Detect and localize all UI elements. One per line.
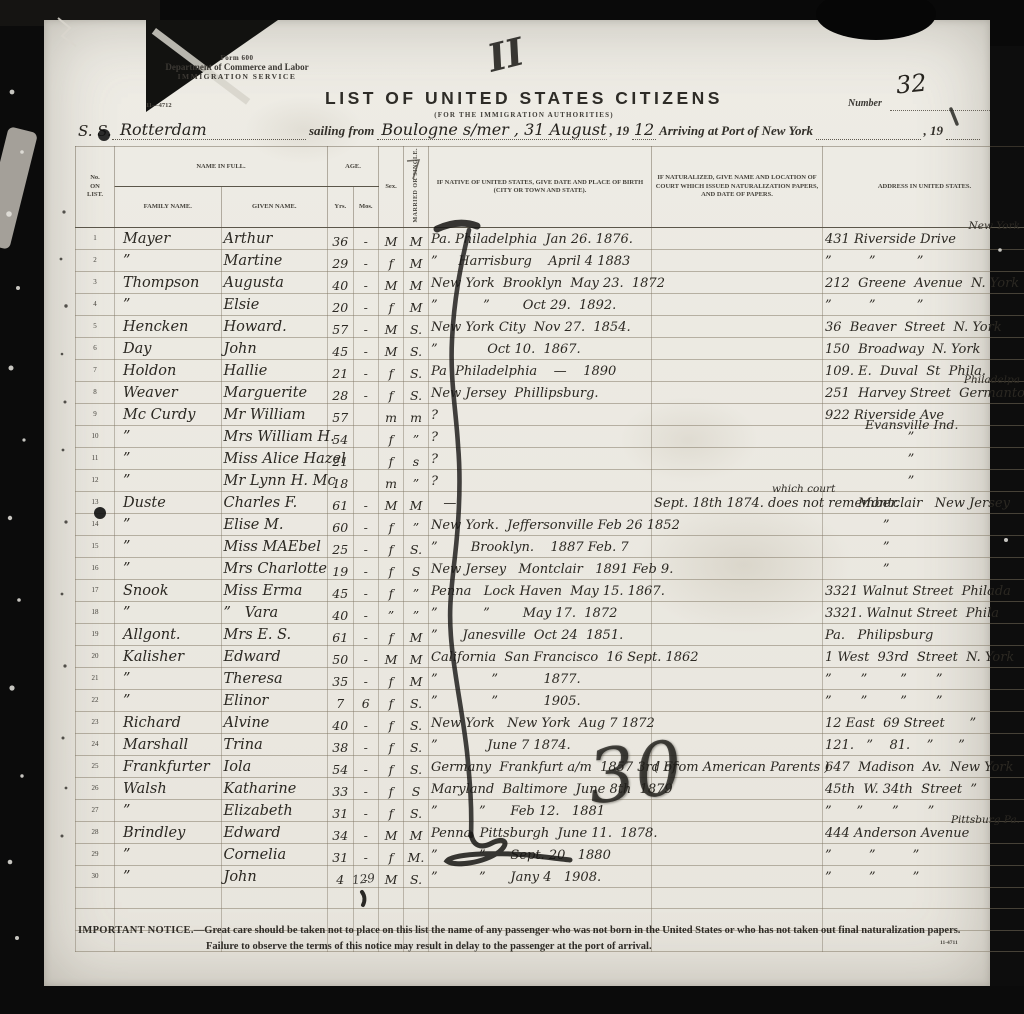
cell-line-number: 1 [76, 227, 115, 249]
cell-age-years: 19 [328, 557, 354, 579]
cell-married-single: ” [404, 425, 429, 447]
cell-naturalization [652, 293, 823, 315]
cell-given-name: Mrs William H. [221, 425, 328, 447]
cell-sex: f [379, 799, 404, 821]
cell-line-number: 8 [76, 381, 115, 403]
table-row: 27 ” Elizabeth 31 - f S. ” ” Feb 12. 188… [76, 799, 1024, 821]
cell-age-years: 45 [328, 337, 354, 359]
cell-married-single: M [404, 249, 429, 271]
cell-sex: f [379, 733, 404, 755]
table-row: 4 ” Elsie 20 - f M ” ” Oct 29. 1892. ” ”… [76, 293, 1024, 315]
cell-age-months: - [353, 557, 379, 579]
cell-sex: f [379, 777, 404, 799]
header-months: Mos. [353, 187, 379, 227]
cell-birth: New York. Jeffersonville Feb 26 1852 [429, 513, 652, 535]
cell-given-name: John [221, 337, 328, 359]
cell-sex: f [379, 579, 404, 601]
ship-header-line: S. S. Rotterdam sailing from Boulogne s/… [78, 120, 980, 140]
cell-naturalization [652, 425, 823, 447]
header-sex: Sex. [379, 147, 404, 228]
table-row: 21 ” Theresa 35 - f M ” ” 1877. ” ” ” ” [76, 667, 1024, 689]
cell-sex: m [379, 469, 404, 491]
cell-family-name: ” [115, 535, 222, 557]
cell-given-name: Mrs E. S. [221, 623, 328, 645]
cell-married-single: S. [404, 359, 429, 381]
cell-address: ” [823, 557, 1024, 579]
cell-sex: f [379, 359, 404, 381]
table-row: 2 ” Martine 29 - f M ” Harrisburg April … [76, 249, 1024, 271]
cell-given-name: Alvine [221, 711, 328, 733]
cell-given-name: Elsie [221, 293, 328, 315]
cell-given-name: Elizabeth [221, 799, 328, 821]
cell-line-number: 24 [76, 733, 115, 755]
cell-family-name: Weaver [115, 381, 222, 403]
cell-birth: ” Oct 10. 1867. [429, 337, 652, 359]
header-age: AGE. [328, 147, 379, 187]
cell-naturalization [652, 645, 823, 667]
cell-line-number: 12 [76, 469, 115, 491]
cell-age-months: - [353, 755, 379, 777]
table-row: 15 ” Miss MAEbel 25 - f S. ” Brooklyn. 1… [76, 535, 1024, 557]
cell-line-number: 2 [76, 249, 115, 271]
cell-age-years: 18 [328, 469, 354, 491]
cell-given-name: Elise M. [221, 513, 328, 535]
cell-line-number: 23 [76, 711, 115, 733]
ss-label: S. S. [78, 122, 112, 140]
number-dotted-line [890, 110, 990, 111]
passenger-table: No. ON LIST. NAME IN FULL. AGE. Sex. MAR… [75, 146, 1024, 952]
table-row: 3 Thompson Augusta 40 - M M New York Bro… [76, 271, 1024, 293]
header-family-name: FAMILY NAME. [115, 187, 222, 227]
cell-given-name [221, 887, 328, 908]
cell-age-years: 35 [328, 667, 354, 689]
cell-given-name: Elinor [221, 689, 328, 711]
table-row: 29 ” Cornelia 31 - f M. ” ” Sept. 20 188… [76, 843, 1024, 865]
cell-family-name: ” [115, 843, 222, 865]
cell-given-name: Marguerite [221, 381, 328, 403]
cell-naturalization [652, 887, 823, 908]
cell-age-years: 7 [328, 689, 354, 711]
cell-age-months: - [353, 601, 379, 623]
cell-age-years: 60 [328, 513, 354, 535]
cell-given-name: Trina [221, 733, 328, 755]
cell-married-single: S. [404, 689, 429, 711]
table-row: 10 ” Mrs William H. 54 f ” ? ” [76, 425, 1024, 447]
table-row: 7 Holdon Hallie 21 - f S. Pa Philadelphi… [76, 359, 1024, 381]
cell-sex: f [379, 557, 404, 579]
cell-line-number: 21 [76, 667, 115, 689]
cell-given-name: Charles F. [221, 491, 328, 513]
sailing-year-value: 12 [632, 120, 656, 140]
cell-address: 150 Broadway N. York [823, 337, 1024, 359]
cell-given-name: Theresa [221, 667, 328, 689]
cell-given-name: Howard. [221, 315, 328, 337]
cell-married-single: S [404, 777, 429, 799]
cell-family-name: ” [115, 601, 222, 623]
cell-age-years: 21 [328, 359, 354, 381]
ship-name: Rotterdam [112, 120, 306, 140]
cell-naturalization [652, 821, 823, 843]
cell-sex: M [379, 645, 404, 667]
cell-married-single: S. [404, 337, 429, 359]
cell-naturalization [652, 579, 823, 601]
cell-age-months: - [353, 821, 379, 843]
cell-family-name: ” [115, 865, 222, 887]
cell-address: Pittsburg Pa.444 Anderson Avenue [823, 821, 1024, 843]
cell-address: ” ” ” ” [823, 689, 1024, 711]
cell-family-name: ” [115, 557, 222, 579]
cell-address: ” [823, 425, 1024, 447]
cell-line-number: 16 [76, 557, 115, 579]
cell-line-number: 13 [76, 491, 115, 513]
cell-family-name: ” [115, 689, 222, 711]
cell-married-single: ” [404, 469, 429, 491]
cell-sex: m [379, 403, 404, 425]
cell-birth: Pa. Philadelphia Jan 26. 1876. [429, 227, 652, 249]
cell-age-months: - [353, 359, 379, 381]
cell-married-single: M [404, 293, 429, 315]
cell-address: 3321. Walnut Street Phila [823, 601, 1024, 623]
cell-married-single: ” [404, 513, 429, 535]
cell-address: New York431 Riverside Drive [823, 227, 1024, 249]
cell-age-years: 4 [328, 865, 354, 887]
sheet-number-value: 32 [895, 68, 928, 99]
cell-line-number: 9 [76, 403, 115, 425]
cell-given-name: Mr William [221, 403, 328, 425]
cell-age-years: 20 [328, 293, 354, 315]
cell-birth: ? [429, 447, 652, 469]
cell-address: ” ” ” [823, 293, 1024, 315]
cell-given-name: Miss MAEbel [221, 535, 328, 557]
cell-family-name: Kalisher [115, 645, 222, 667]
cell-given-name: ” Vara [221, 601, 328, 623]
cell-family-name: ” [115, 425, 222, 447]
table-row: 6 Day John 45 - M S. ” Oct 10. 1867. 150… [76, 337, 1024, 359]
page-subtitle: (FOR THE IMMIGRATION AUTHORITIES) [279, 111, 769, 119]
cell-married-single: M [404, 645, 429, 667]
header-address: ADDRESS IN UNITED STATES. [823, 147, 1024, 228]
manifest-page: Form 600 Department of Commerce and Labo… [44, 20, 990, 986]
cell-family-name: ” [115, 799, 222, 821]
cell-birth: ” ” Sept. 20 1880 [429, 843, 652, 865]
cell-birth: ” ” May 17. 1872 [429, 601, 652, 623]
table-row: 13 Duste Charles F. 61 - M M — which cou… [76, 491, 1024, 513]
notice-line1: —Great care should be taken not to place… [194, 925, 961, 936]
cell-age-years: 38 [328, 733, 354, 755]
cell-given-name: Edward [221, 645, 328, 667]
cell-age-years: 54 [328, 755, 354, 777]
document-title-block: LIST OF UNITED STATES CITIZENS (FOR THE … [279, 88, 769, 119]
cell-sex: M [379, 337, 404, 359]
notice-label: IMPORTANT NOTICE. [78, 925, 194, 936]
cell-family-name: Holdon [115, 359, 222, 381]
cell-address: Pa. Philipsburg [823, 623, 1024, 645]
cell-married-single: S [404, 557, 429, 579]
cell-age-months: - [353, 315, 379, 337]
cell-address: ” ” ” ” [823, 667, 1024, 689]
number-label: Number [848, 98, 882, 109]
cell-age-months: - [353, 623, 379, 645]
cell-line-number: 30 [76, 865, 115, 887]
cell-given-name: Mrs Charlotte [221, 557, 328, 579]
cell-family-name: ” [115, 513, 222, 535]
cell-address: ” [823, 469, 1024, 491]
cell-sex: f [379, 447, 404, 469]
cell-married-single: M [404, 491, 429, 513]
arriving-year-printed: , 19 [921, 123, 947, 140]
cell-family-name: Marshall [115, 733, 222, 755]
cell-naturalization [652, 337, 823, 359]
page-title: LIST OF UNITED STATES CITIZENS [279, 88, 769, 109]
cell-sex: f [379, 689, 404, 711]
cell-age-months: - [353, 645, 379, 667]
table-row: 1 Mayer Arthur 36 - M M Pa. Philadelphia… [76, 227, 1024, 249]
cell-birth: New York Brooklyn May 23. 1872 [429, 271, 652, 293]
cell-birth: ” Harrisburg April 4 1883 [429, 249, 652, 271]
cell-line-number: 26 [76, 777, 115, 799]
cell-line-number: 29 [76, 843, 115, 865]
cell-given-name: Cornelia [221, 843, 328, 865]
cell-sex: M [379, 821, 404, 843]
cell-age-years: 61 [328, 491, 354, 513]
cell-birth: New Jersey Phillipsburg. [429, 381, 652, 403]
cell-birth: ” ” 1905. [429, 689, 652, 711]
header-line-number: No. ON LIST. [76, 147, 115, 228]
cell-naturalization [652, 447, 823, 469]
cell-sex: f [379, 293, 404, 315]
cell-age-years: 34 [328, 821, 354, 843]
cell-given-name: Edward [221, 821, 328, 843]
cell-age-years [328, 887, 354, 908]
cell-family-name: Snook [115, 579, 222, 601]
cell-naturalization [652, 249, 823, 271]
cell-age-months: - [353, 535, 379, 557]
cell-age-years: 45 [328, 579, 354, 601]
cell-age-months: - [353, 271, 379, 293]
cell-given-name: Iola [221, 755, 328, 777]
agency-block: Form 600 Department of Commerce and Labo… [72, 54, 402, 81]
cell-birth: — [429, 491, 652, 513]
cell-birth: ” ” 1877. [429, 667, 652, 689]
cell-married-single [404, 887, 429, 908]
cell-age-months: - [353, 337, 379, 359]
cell-line-number: 5 [76, 315, 115, 337]
form-number: Form 600 [72, 54, 402, 62]
table-row: 30 ” John 4 - M S. ” ” Jany 4 1908. ” ” … [76, 865, 1024, 887]
header-naturalization: IF NATURALIZED, GIVE NAME AND LOCATION O… [652, 147, 823, 228]
cell-age-years: 31 [328, 843, 354, 865]
cell-naturalization [652, 689, 823, 711]
table-row: 8 Weaver Marguerite 28 - f S. New Jersey… [76, 381, 1024, 403]
table-row: 23 Richard Alvine 40 - f S. New York New… [76, 711, 1024, 733]
cell-married-single: S. [404, 865, 429, 887]
cell-family-name: Allgont. [115, 623, 222, 645]
film-edge-bottom [0, 986, 1024, 1014]
cell-sex: ” [379, 601, 404, 623]
cell-sex: M [379, 491, 404, 513]
cell-family-name: Day [115, 337, 222, 359]
cell-line-number: 4 [76, 293, 115, 315]
table-row: 11 ” Miss Alice Hazel 21 f s ? ” [76, 447, 1024, 469]
table-row: 28 Brindley Edward 34 - M M Penna Pittsb… [76, 821, 1024, 843]
cell-age-years: 61 [328, 623, 354, 645]
count-mark-30: 30 [583, 725, 687, 822]
table-row [76, 887, 1024, 908]
cell-age-years: 40 [328, 271, 354, 293]
cell-naturalization [652, 535, 823, 557]
cell-given-name: Martine [221, 249, 328, 271]
notice-line2: Failure to observe the terms of this not… [206, 939, 983, 955]
cell-birth: ” ” Jany 4 1908. [429, 865, 652, 887]
cell-birth: ” Janesville Oct 24 1851. [429, 623, 652, 645]
cell-age-years: 40 [328, 711, 354, 733]
cell-family-name: Thompson [115, 271, 222, 293]
table-row: 16 ” Mrs Charlotte 19 - f S New Jersey M… [76, 557, 1024, 579]
cell-naturalization [652, 271, 823, 293]
tally-mark-129: 129 [351, 871, 375, 887]
cell-age-months [353, 425, 379, 447]
cell-line-number: 14 [76, 513, 115, 535]
table-row: 12 ” Mr Lynn H. Mc 18 m ” ? ” [76, 469, 1024, 491]
scanned-manifest: Form 600 Department of Commerce and Labo… [0, 0, 1024, 1014]
manifest-body: 1 Mayer Arthur 36 - M M Pa. Philadelphia… [76, 227, 1024, 951]
cell-birth: ” ” Oct 29. 1892. [429, 293, 652, 315]
cell-line-number: 17 [76, 579, 115, 601]
header-married-single: MARRIED OR SINGLE. [404, 147, 429, 228]
cell-age-months: - [353, 777, 379, 799]
cell-address: Montclair New Jersey [823, 491, 1024, 513]
cell-age-months: - [353, 491, 379, 513]
cell-age-months [353, 887, 379, 908]
cell-age-years: 29 [328, 249, 354, 271]
cell-address: 12 East 69 Street ” [823, 711, 1024, 733]
cell-married-single: M [404, 227, 429, 249]
cell-family-name [115, 887, 222, 908]
cell-birth: ? [429, 403, 652, 425]
cell-naturalization [652, 843, 823, 865]
cell-birth: ? [429, 469, 652, 491]
cell-age-years: 28 [328, 381, 354, 403]
cell-age-years: 31 [328, 799, 354, 821]
cell-birth: New Jersey Montclair 1891 Feb 9. [429, 557, 652, 579]
cell-age-months: - [353, 711, 379, 733]
cell-line-number: 15 [76, 535, 115, 557]
cell-age-months: - [353, 227, 379, 249]
cell-married-single: S. [404, 535, 429, 557]
sailing-year-printed: , 19 [607, 123, 633, 140]
cell-married-single: S. [404, 755, 429, 777]
scan-blob [816, 0, 936, 40]
cell-sex: f [379, 843, 404, 865]
cell-address: 647 Madison Av. New York [823, 755, 1024, 777]
cell-birth: Penna Lock Haven May 15. 1867. [429, 579, 652, 601]
cell-given-name: Augusta [221, 271, 328, 293]
cell-age-years: 50 [328, 645, 354, 667]
cell-family-name: Walsh [115, 777, 222, 799]
header-birth: IF NATIVE OF UNITED STATES, GIVE DATE AN… [429, 147, 652, 228]
agency-name: Department of Commerce and Labor [72, 62, 402, 72]
cell-address: Philadelpa251 Harvey Street Germantown [823, 381, 1024, 403]
cell-given-name: Mr Lynn H. Mc [221, 469, 328, 491]
cell-married-single: ” [404, 579, 429, 601]
cell-sex: M [379, 227, 404, 249]
important-notice: IMPORTANT NOTICE.—Great care should be t… [78, 923, 983, 956]
table-header: No. ON LIST. NAME IN FULL. AGE. Sex. MAR… [76, 147, 1024, 228]
cell-naturalization [652, 359, 823, 381]
cell-family-name: ” [115, 469, 222, 491]
cell-family-name: Richard [115, 711, 222, 733]
cell-married-single: M. [404, 843, 429, 865]
cell-married-single: ” [404, 601, 429, 623]
cell-age-months: - [353, 579, 379, 601]
header-years: Yrs. [328, 187, 354, 227]
table-row: 26 Walsh Katharine 33 - f S Maryland Bal… [76, 777, 1024, 799]
cell-family-name: Duste [115, 491, 222, 513]
table-row: 17 Snook Miss Erma 45 - f ” Penna Lock H… [76, 579, 1024, 601]
cell-line-number: 28 [76, 821, 115, 843]
cell-line-number: 6 [76, 337, 115, 359]
cell-birth: California San Francisco 16 Sept. 1862 [429, 645, 652, 667]
header-name-in-full: NAME IN FULL. [115, 147, 328, 187]
cell-age-months: - [353, 513, 379, 535]
cell-married-single: M [404, 667, 429, 689]
cell-given-name: Miss Erma [221, 579, 328, 601]
cell-address: ” ” ” [823, 843, 1024, 865]
cell-age-months: - [353, 293, 379, 315]
cell-line-number: 3 [76, 271, 115, 293]
cell-age-months: 6 [353, 689, 379, 711]
cell-naturalization [652, 623, 823, 645]
cell-married-single: s [404, 447, 429, 469]
cell-address: ” [823, 535, 1024, 557]
cell-address: 1 West 93rd Street N. York [823, 645, 1024, 667]
cell-birth [429, 887, 652, 908]
cell-birth: ” Brooklyn. 1887 Feb. 7 [429, 535, 652, 557]
table-row: 20 Kalisher Edward 50 - M M California S… [76, 645, 1024, 667]
cell-married-single: S. [404, 733, 429, 755]
cell-line-number: 20 [76, 645, 115, 667]
cell-married-single: S. [404, 799, 429, 821]
cell-naturalization: which courtSept. 18th 1874. does not rem… [652, 491, 823, 513]
cell-sex: M [379, 271, 404, 293]
table-row: 19 Allgont. Mrs E. S. 61 - f M ” Janesvi… [76, 623, 1024, 645]
table-row: 22 ” Elinor 7 6 f S. ” ” 1905. ” ” ” ” [76, 689, 1024, 711]
cell-married-single: S. [404, 315, 429, 337]
cell-age-years: 33 [328, 777, 354, 799]
cell-address: 212 Greene Avenue N. York [823, 271, 1024, 293]
sailing-port: Boulogne s/mer , 31 August [377, 120, 606, 140]
cell-address: ” [823, 513, 1024, 535]
cell-age-months [353, 469, 379, 491]
cell-birth: ? [429, 425, 652, 447]
form-edition-number: 11—4712 [146, 102, 172, 109]
cell-age-months: - [353, 381, 379, 403]
cell-birth: New York City Nov 27. 1854. [429, 315, 652, 337]
cell-address: 121. ” 81. ” ” [823, 733, 1024, 755]
arriving-dotted-line [816, 139, 920, 140]
cell-sex: f [379, 513, 404, 535]
table-row: 5 Hencken Howard. 57 - M S. New York Cit… [76, 315, 1024, 337]
arriving-year-line [946, 139, 980, 140]
cell-age-months [353, 447, 379, 469]
cell-age-years: 57 [328, 403, 354, 425]
cell-naturalization [652, 513, 823, 535]
cell-age-years: 54 [328, 425, 354, 447]
cell-sex: f [379, 711, 404, 733]
cell-married-single: M [404, 623, 429, 645]
arriving-label: Arriving at Port of New York [656, 123, 816, 140]
cell-birth: Penna Pittsburgh June 11. 1878. [429, 821, 652, 843]
